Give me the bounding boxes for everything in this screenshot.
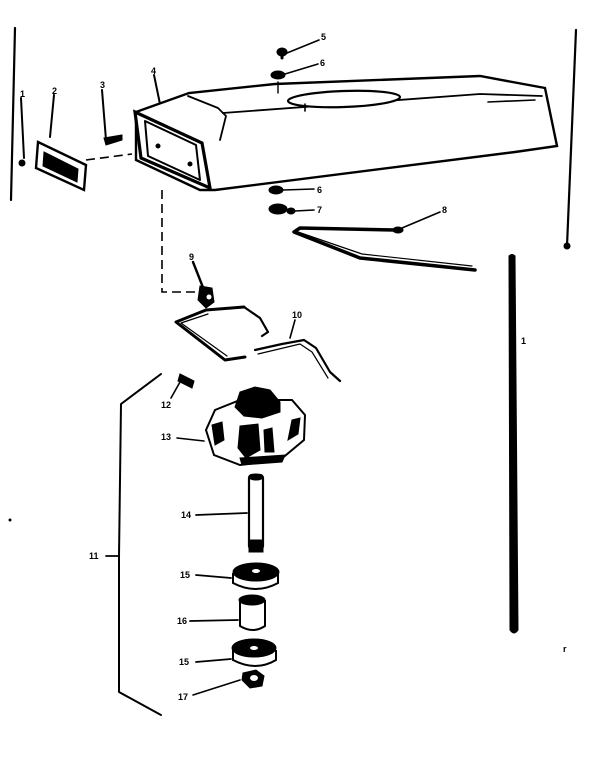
main-housing-cover bbox=[135, 76, 557, 190]
part-16-spacer: 16 bbox=[177, 595, 265, 630]
callout-2: 2 bbox=[52, 86, 57, 96]
part-15-bearing-top: 15 bbox=[180, 563, 279, 589]
callout-6-bottom: 6 bbox=[317, 185, 322, 195]
callout-15-bottom: 15 bbox=[179, 657, 189, 667]
side-rod-label: 1 bbox=[521, 336, 526, 346]
speck bbox=[9, 519, 11, 521]
callout-5: 5 bbox=[321, 32, 326, 42]
guide-line-4-9 bbox=[162, 190, 196, 292]
callout-13: 13 bbox=[161, 432, 171, 442]
part-6-washer-bottom: 6 bbox=[269, 185, 322, 195]
callout-9: 9 bbox=[189, 252, 194, 262]
callout-14: 14 bbox=[181, 510, 191, 520]
guide-line-2-4 bbox=[86, 154, 132, 160]
callout-12: 12 bbox=[161, 400, 171, 410]
callout-15-top: 15 bbox=[180, 570, 190, 580]
part-11-assembly-bracket: 11 bbox=[89, 374, 161, 715]
part-10-wire-bail: 10 bbox=[176, 307, 340, 381]
callout-10: 10 bbox=[292, 310, 302, 320]
callout-8: 8 bbox=[442, 205, 447, 215]
part-7-nut: 7 bbox=[269, 204, 322, 215]
corner-mark: r bbox=[563, 644, 567, 654]
callout-16: 16 bbox=[177, 616, 187, 626]
callout-1: 1 bbox=[20, 89, 25, 99]
part-14-shaft: 14 bbox=[181, 474, 263, 552]
part-9-screw: 9 bbox=[189, 252, 214, 308]
part-3-screw: 3 bbox=[100, 80, 122, 145]
frame-line-right bbox=[564, 30, 576, 249]
callout-7: 7 bbox=[317, 205, 322, 215]
part-4-end-cap: 4 bbox=[151, 66, 160, 104]
callout-4: 4 bbox=[151, 66, 156, 76]
callout-6-top: 6 bbox=[320, 58, 325, 68]
callout-17: 17 bbox=[178, 692, 188, 702]
part-13-housing: 13 bbox=[161, 387, 305, 465]
exploded-parts-diagram: 1 2 3 4 bbox=[0, 0, 608, 760]
part-12-pin: 12 bbox=[161, 374, 194, 410]
callout-11: 11 bbox=[89, 551, 99, 561]
part-1-screw: 1 bbox=[19, 89, 25, 166]
part-17-retaining-ring: 17 bbox=[178, 670, 264, 702]
callout-3: 3 bbox=[100, 80, 105, 90]
part-5-screw: 5 bbox=[277, 32, 326, 58]
frame-line-left bbox=[11, 28, 15, 200]
part-15-bearing-bottom: 15 bbox=[179, 639, 276, 667]
side-rod: 1 bbox=[509, 255, 526, 634]
part-2-nameplate: 2 bbox=[36, 86, 86, 190]
